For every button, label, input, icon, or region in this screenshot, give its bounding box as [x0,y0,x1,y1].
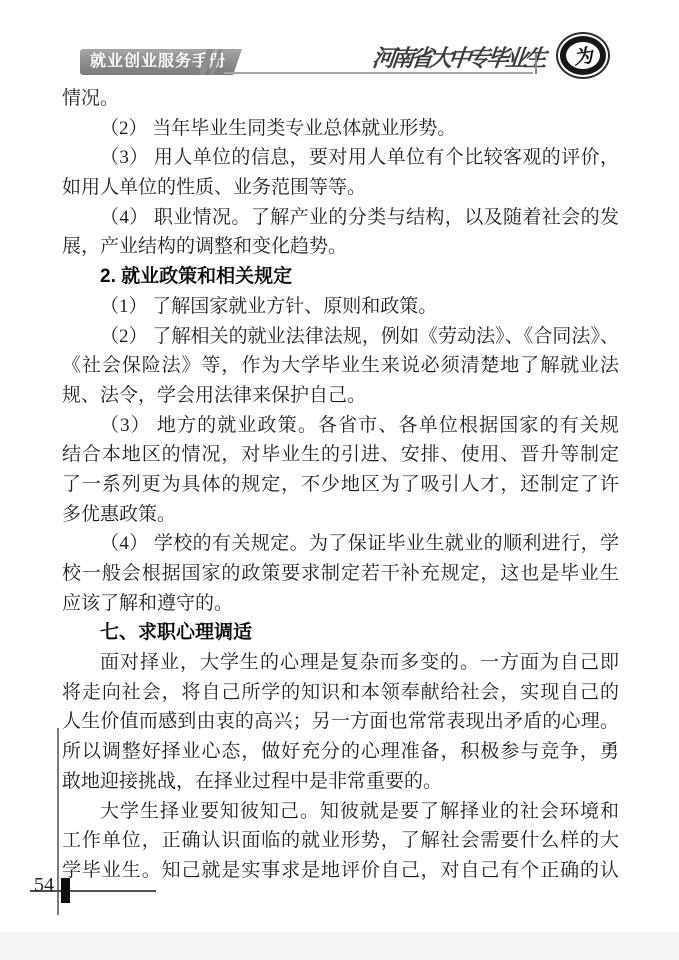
text-line: 将走向社会，将自己所学的知识和本领奉献给社会，实现自己的 [62,678,619,708]
logo-separator [535,53,537,74]
text-line: 大学生择业要知彼知己。知彼就是要了解择业的社会环境和 [62,797,619,827]
text-line: 如用人单位的性质、业务范围等等。 [62,173,619,203]
text-line: （2） 当年毕业生同类专业总体就业形势。 [62,114,619,144]
text-line: 情况。 [62,84,619,114]
text-line: （4） 学校的有关规定。为了保证毕业生就业的顺利进行，学 [62,529,619,559]
text-line: 《社会保险法》等，作为大学毕业生来说必须清楚地了解就业法 [62,351,619,381]
body-text: 情况。（2） 当年毕业生同类专业总体就业形势。（3） 用人单位的信息，要对用人单… [62,84,619,886]
page-number-marker [61,878,70,903]
scanned-book-page: 就业创业服务手册 河南省大中专毕业生 为 情况。（2） 当年毕业生同类专业总体就… [0,0,679,960]
text-line: 应该了解和遵守的。 [62,589,619,619]
text-line: 面对择业，大学生的心理是复杂而多变的。一方面为自己即 [62,648,619,678]
text-line: 多优惠政策。 [62,500,619,530]
text-line: （3） 用人单位的信息，要对用人单位有个比较客观的评价， [62,143,619,173]
text-line: 校一般会根据国家的政策要求制定若干补充规定，这也是毕业生 [62,559,619,589]
bottom-edge-shadow [0,932,679,960]
text-line: 结合本地区的情况，对毕业生的引进、安排、使用、晋升等制定 [62,440,619,470]
text-line: （4） 职业情况。了解产业的分类与结构，以及随着社会的发 [62,203,619,233]
edition-title: 河南省大中专毕业生 [370,44,535,76]
page-number: 54 [34,874,54,897]
text-line: （1） 了解国家就业方针、原则和政策。 [62,292,619,322]
margin-vertical-rule [57,728,59,915]
text-line: 学毕业生。知己就是实事求是地评价自己，对自己有个正确的认 [62,856,619,886]
text-line: 展，产业结构的调整和变化趋势。 [62,232,619,262]
text-line: 敢地迎接挑战，在择业过程中是非常重要的。 [62,767,619,797]
text-line: 工作单位，正确认识面临的就业形势，了解社会需要什么样的大 [62,826,619,856]
text-line: 人生价值而感到由衷的高兴；另一方面也常常表现出矛盾的心理。 [62,707,619,737]
publisher-emblem-icon: 为 [556,32,610,79]
emblem-glyph: 为 [555,31,610,81]
text-line: 所以调整好择业心态，做好充分的心理准备，积极参与竞争，勇 [62,737,619,767]
text-line: 了一系列更为具体的规定，不少地区为了吸引人才，还制定了许 [62,470,619,500]
heading-line: 七、求职心理调适 [62,618,619,648]
text-line: 规、法令，学会用法律来保护自己。 [62,381,619,411]
heading-line: 2. 就业政策和相关规定 [62,262,619,292]
text-line: （2） 了解相关的就业法律法规，例如《劳动法》、《合同法》、 [62,322,619,352]
text-line: （3） 地方的就业政策。各省市、各单位根据国家的有关规定， [62,411,619,441]
